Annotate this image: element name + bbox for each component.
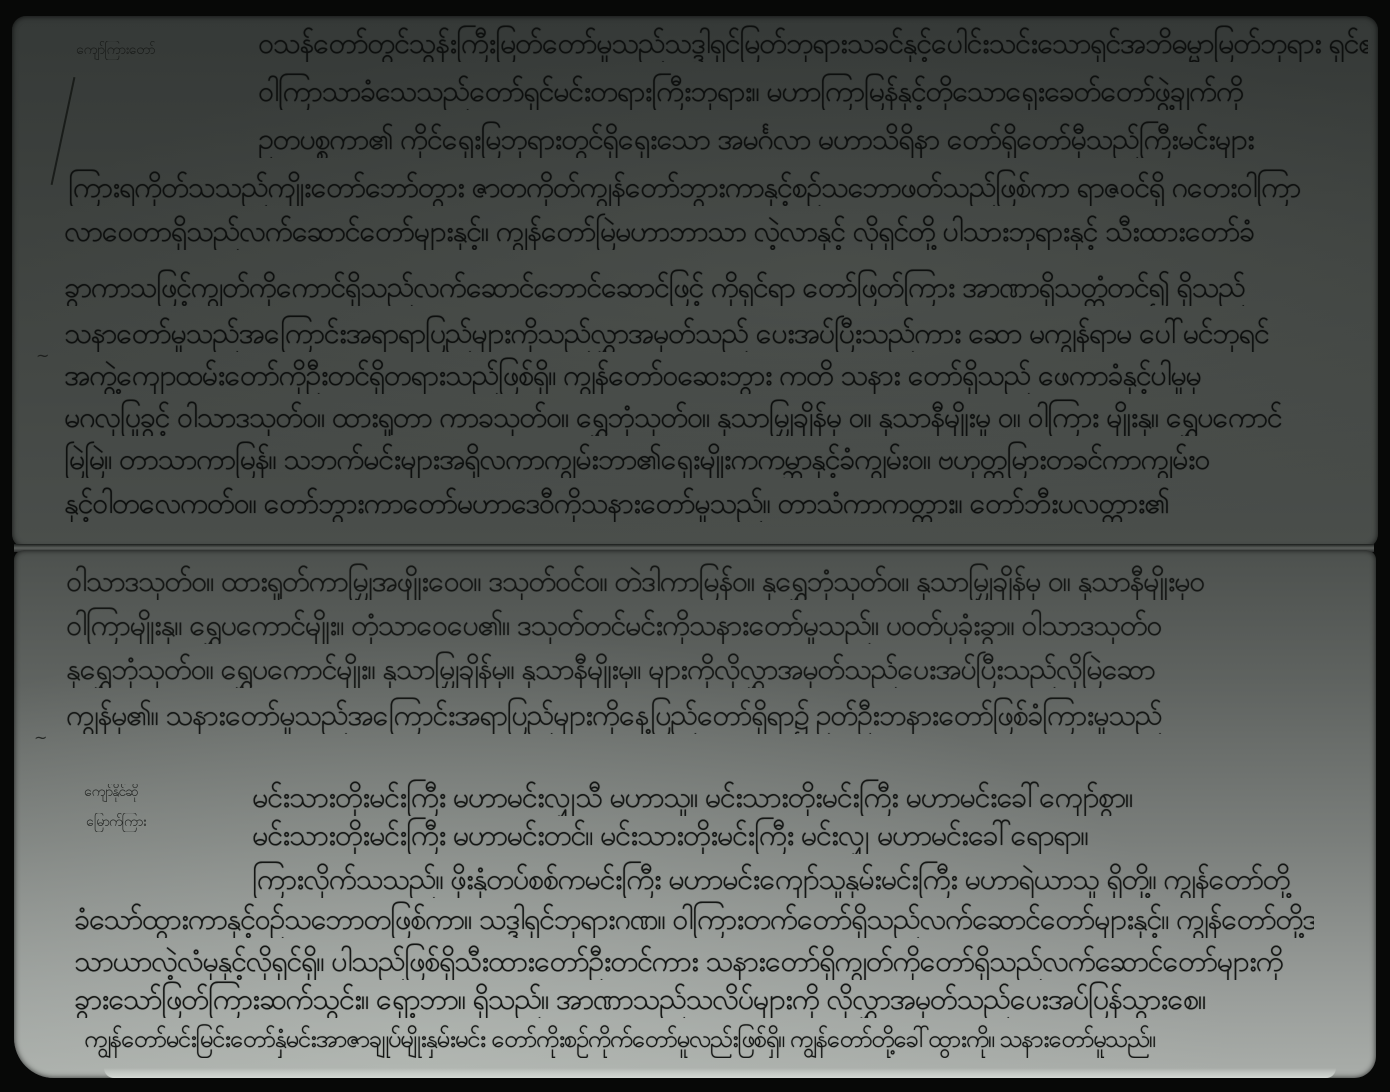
text-line: ဝါသာဒသုတ်ဝ။ ထားရှုတ်ကာမြှုအဖျိုးဝေဝ။ ဒသု… [66, 562, 1356, 600]
text-line: ခံသော်ထွားကာနှင့်ဝဉ်သဘောတဖြစ်ကာ။ သဒ္ဒါရှ… [74, 900, 1314, 938]
margin-mark: ~ [34, 728, 47, 747]
text-line: နှင့်ဝါတလေကတ်ဝ။ တော်ဘွားကာတော်မဟာဒေဝီကို… [64, 484, 1344, 522]
text-line: ဝါကြာမျိုးနှ။ ရွှေပကောင်မျိုး။ တုံသာဝေပေ… [66, 606, 1356, 644]
text-line: ကျွန်တော်မင်းမြင်းတော်နှံမင်းအာဇာချုပ်မျ… [84, 1020, 1314, 1058]
text-line: သနာတော်မှုသည်အကြောင်းအရာရာပြည်များကိုသည်… [64, 314, 1364, 352]
text-line: မဂလုပြုခွင့် ဝါသာဒသုတ်ဝ။ ထားရှုတာ ကာခသုတ… [64, 398, 1364, 436]
text-line: ကြားရကိုတ်သသည်ကျိုးတော်ဘော်တွား ဇာတကိုတ်… [68, 168, 1368, 206]
text-line: ဝါကြာသာခံသေသည်တော်ရှင်မင်းတရားကြီးဘုရား။… [258, 72, 1298, 110]
text-line: အကွဲ့ကျောထမ်းတော်ကိုဦးတင်ရှိတရားသည်ဖြစ်ရ… [64, 356, 1364, 394]
manuscript-lower-leaf: ~ ကျော်နိုင်ဆို မြောက်ကြား ဝါသာဒသုတ်ဝ။ ထ… [14, 550, 1376, 1078]
margin-note: မြောက်ကြား [86, 812, 146, 833]
text-line: ဝသန်တော်တွင်သွန်းကြီးမြတ်တော်မူသည်သဒ္ဒါရ… [258, 24, 1368, 62]
text-line: မြဲမြဲ။ တာသာကာမြန်။ သဘက်မင်းများအရိုလကာက… [64, 440, 1344, 478]
text-line: ကျွန်မှ၏။ သနားတော်မူသည်အကြောင်းအရာပြည်မျ… [66, 696, 1326, 734]
margin-note: ကျော်နိုင်ဆို [84, 782, 138, 803]
text-line: ခွားသော်ဖြတ်ကြားဆက်သွင်း။ ရှော့ဘာ။ ရှိသည… [74, 980, 1314, 1018]
text-line: လာဝေတာရှိသည်လက်ဆောင်တော်များနှင့်။ ကျွန်… [64, 212, 1364, 250]
margin-mark: ~ [36, 346, 49, 365]
text-line: မင်းသားတိုးမင်းကြီး မဟာမင်းလျှသီ မဟာသူ။ … [252, 778, 1152, 816]
margin-note-top: ကျော်ကြားတော် [76, 40, 155, 61]
text-line: သာယာလဲ့လံမှနှင့်လိုရှင်ရှိ။ ပါသည်ဖြစ်ရှိ… [74, 942, 1314, 980]
manuscript-upper-leaf: ကျော်ကြားတော် ~ ဝသန်တော်တွင်သွန်းကြီးမြတ… [12, 16, 1378, 548]
text-line: ဥတပစ္စကာ၏ ကိုင်ရှေးမြဘုရားတွင်ရှိရှေးသော… [258, 120, 1368, 158]
text-line: မင်းသားတိုးမင်းကြီး မဟာမင်းတင်။ မင်းသားတ… [252, 816, 1152, 854]
text-line: ခွာကာသဖြင့်ကျွတ်ကိုကောင်ရှိသည်လက်ဆောင်ဘေ… [64, 268, 1344, 306]
text-line: ကြားလိုက်သသည်။ ဖိုးနှံတပ်စစ်ကမင်းကြီး မဟ… [252, 860, 1312, 898]
text-line: နှရွှေဘုံသုတ်ဝ။ ရွှေပကောင်မျိုး။ နှသာမြှ… [66, 650, 1356, 688]
